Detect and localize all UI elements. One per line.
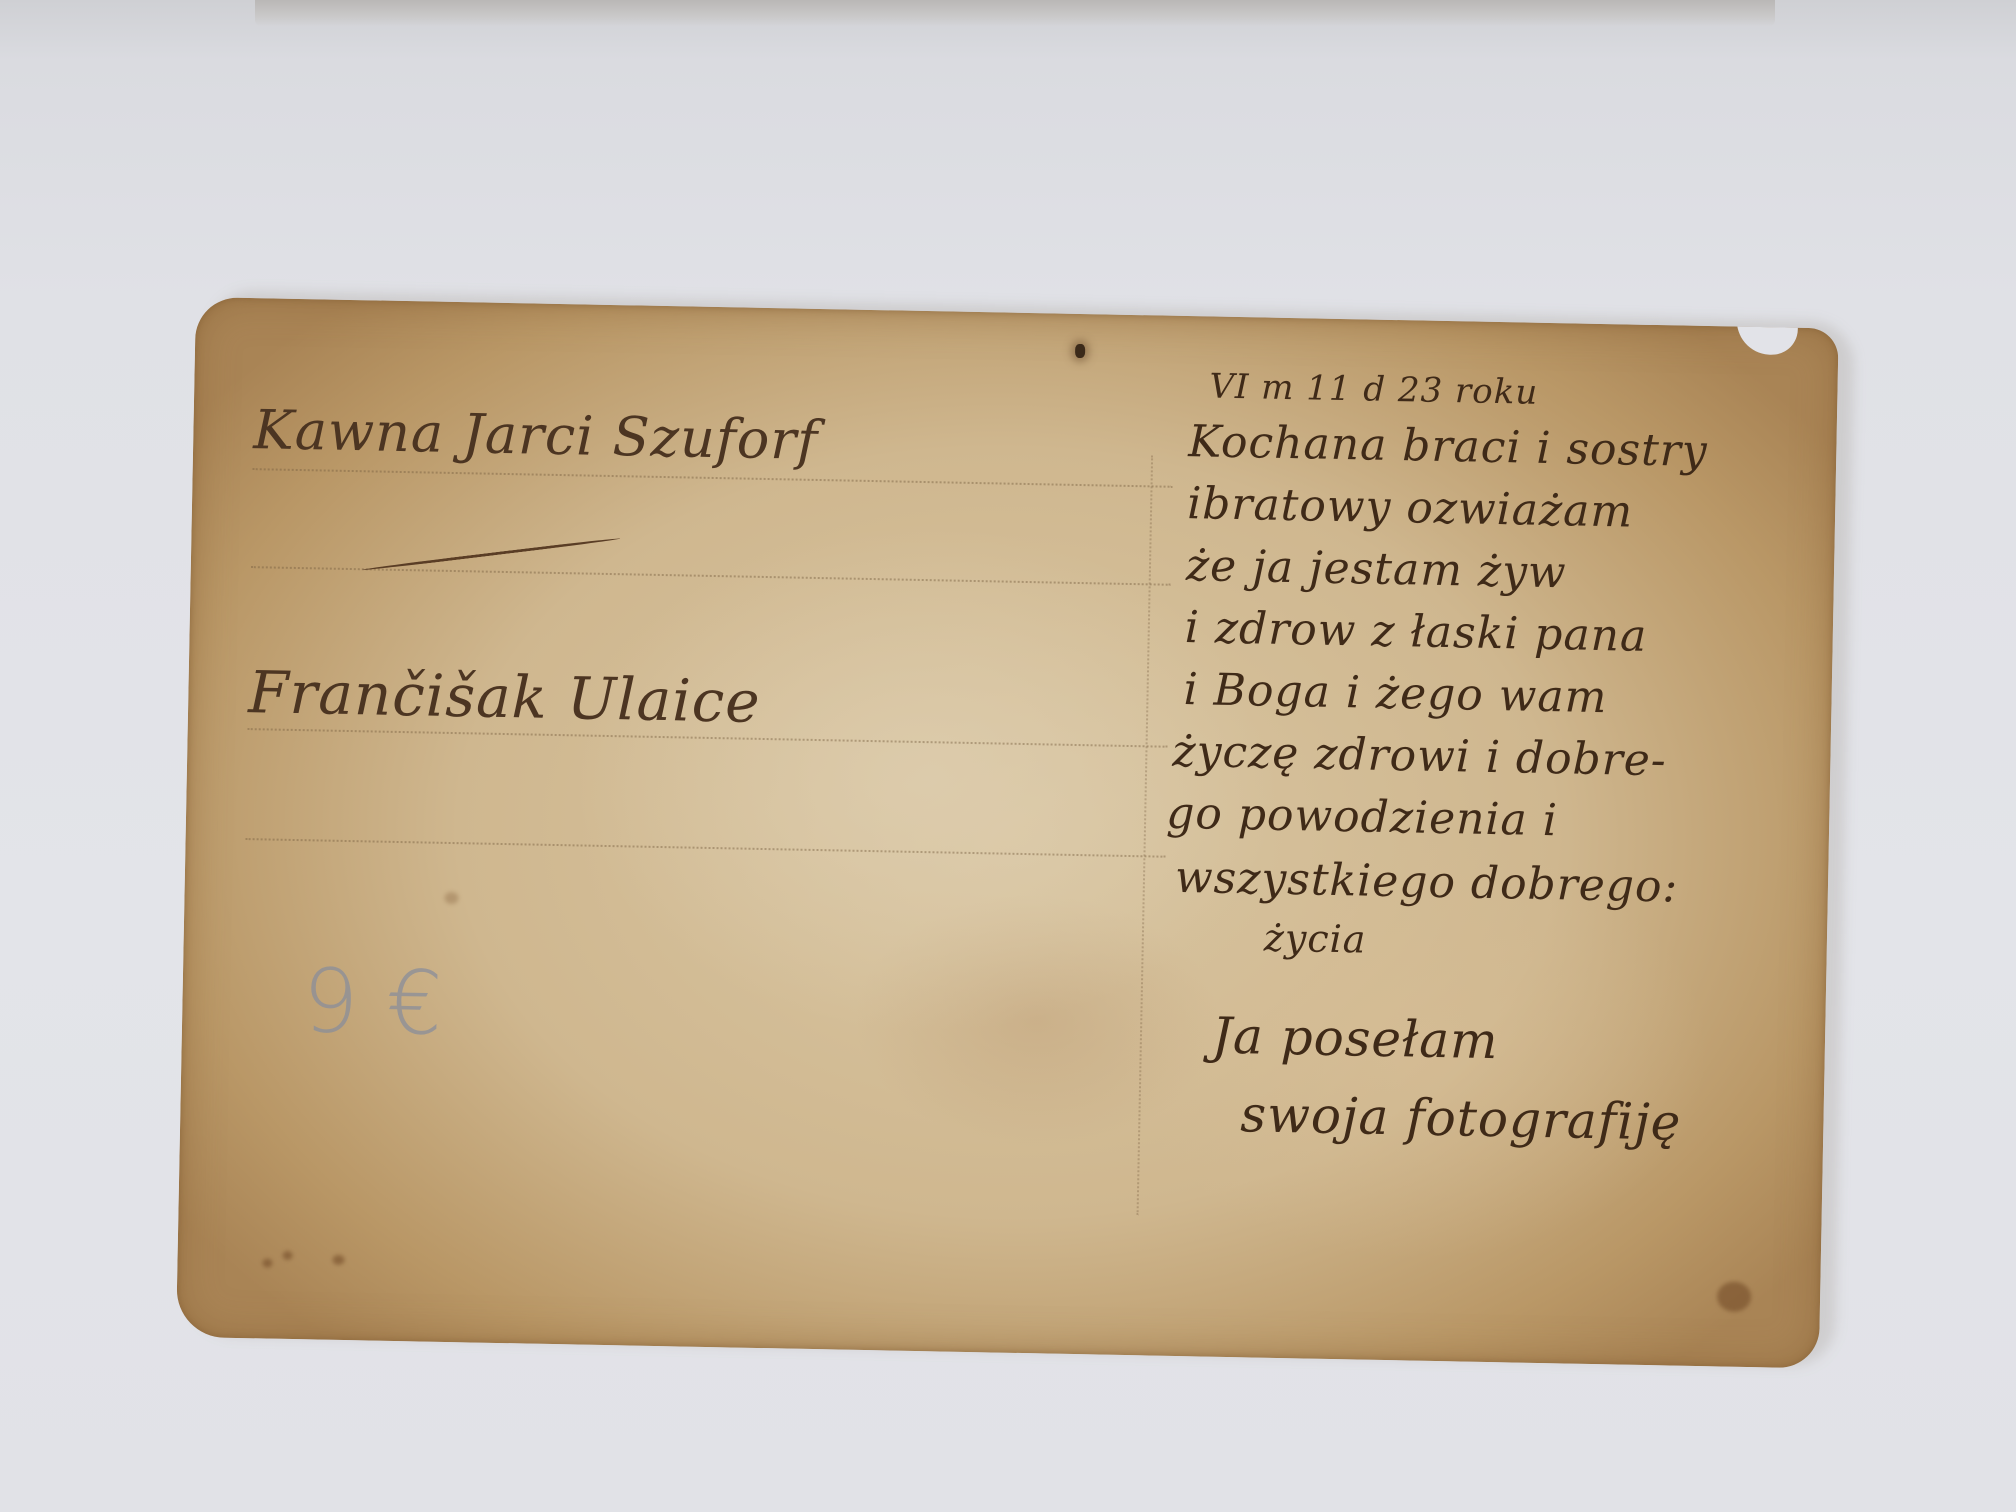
date-line: VI m 11 d 23 roku	[1209, 366, 1538, 412]
message-line: go powodzienia i	[1166, 788, 1559, 847]
address-guide-line	[251, 566, 1171, 586]
stain-spot	[1717, 1281, 1752, 1312]
message-line: wszystkiego dobrego:	[1175, 852, 1679, 913]
stain-spot	[444, 892, 458, 904]
stain-spot	[262, 1258, 272, 1267]
pin-hole	[1075, 344, 1085, 358]
address-line-2: Frančišak Ulaice	[248, 658, 761, 736]
address-line-1: Kawna Jarci Szuforf	[253, 398, 819, 472]
closing-line: Ja posełam	[1211, 1007, 1499, 1070]
stain-spot	[332, 1255, 344, 1265]
message-line: życzę zdrowi i dobre-	[1172, 726, 1667, 786]
pencil-price-mark: 9 €	[302, 949, 444, 1055]
message-line: i Boga i żego wam	[1183, 664, 1608, 723]
address-flourish	[362, 537, 620, 571]
divider-line	[1137, 455, 1154, 1215]
address-guide-line	[253, 468, 1173, 488]
stain-spot	[283, 1251, 293, 1260]
address-guide-line	[246, 838, 1166, 858]
message-line: i zdrow z łaski pana	[1184, 602, 1647, 662]
torn-corner	[1736, 312, 1800, 359]
closing-line: swoja fotografiję	[1240, 1085, 1682, 1151]
message-line: życia	[1263, 916, 1366, 962]
postcard: Kawna Jarci Szuforf Frančišak Ulaice 9 €…	[176, 297, 1839, 1368]
message-line: ibratowy ozwiażam	[1187, 478, 1634, 538]
top-edge-object	[255, 0, 1775, 26]
message-line: że ja jestam żyw	[1186, 540, 1568, 598]
message-line: Kochana braci i sostry	[1188, 416, 1708, 477]
